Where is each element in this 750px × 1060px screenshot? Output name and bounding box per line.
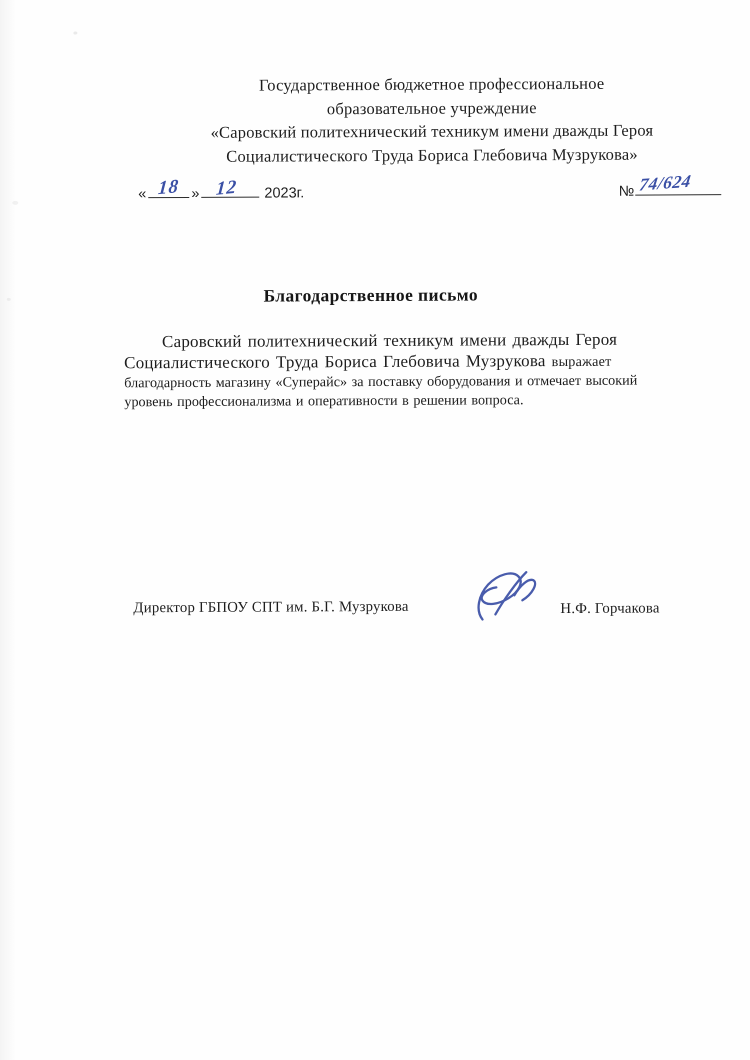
body-line: уровень профессионализма и оперативности… xyxy=(124,390,684,412)
body-line: благодарность магазину «Суперайс» за пос… xyxy=(124,371,684,393)
number-sign: № xyxy=(619,184,635,200)
scan-speck xyxy=(12,201,18,205)
handwritten-day: 18 xyxy=(157,177,180,199)
body-line-large-part: Социалистического Труда Бориса Глебовича… xyxy=(124,351,546,372)
signer-name: Н.Ф. Горчакова xyxy=(560,601,659,619)
letter-title: Благодарственное письмо xyxy=(21,283,721,308)
body-line: Саровский политехнический техникум имени… xyxy=(124,329,684,352)
year-label: 2023г. xyxy=(264,185,304,201)
open-quote: « xyxy=(136,186,148,202)
close-quote: » xyxy=(189,186,201,202)
body-line-small-part: выражает xyxy=(552,353,612,369)
letterhead-line: Социалистического Труда Бориса Глебовича… xyxy=(116,142,748,169)
letter-body: Саровский политехнический техникум имени… xyxy=(124,329,684,412)
letterhead-line: Государственное бюджетное профессиональн… xyxy=(116,71,748,98)
doc-number-field: №74/624 xyxy=(619,179,722,202)
letterhead-line: «Саровский политехнический техникум имен… xyxy=(116,118,748,145)
date-field: «18»122023г. xyxy=(136,181,304,204)
month-blank: 12 xyxy=(201,182,259,198)
scanned-letter-page: Государственное бюджетное профессиональн… xyxy=(0,0,750,1060)
body-line: Социалистического Труда Бориса Глебовича… xyxy=(124,350,684,374)
letterhead-line: образовательное учреждение xyxy=(116,95,748,122)
scan-speck xyxy=(7,298,11,301)
date-number-row: «18»122023г. №74/624 xyxy=(136,179,721,204)
scan-speck xyxy=(73,32,77,35)
number-blank: 74/624 xyxy=(635,179,721,195)
letter-document: Государственное бюджетное профессиональн… xyxy=(0,0,750,1060)
signer-position: Директор ГБПОУ СПТ им. Б.Г. Музрукова xyxy=(133,599,408,617)
handwritten-number: 74/624 xyxy=(638,170,692,194)
handwritten-month: 12 xyxy=(215,178,238,200)
letterhead: Государственное бюджетное профессиональн… xyxy=(116,71,748,168)
signature-autograph xyxy=(469,568,545,624)
day-blank: 18 xyxy=(148,182,189,198)
